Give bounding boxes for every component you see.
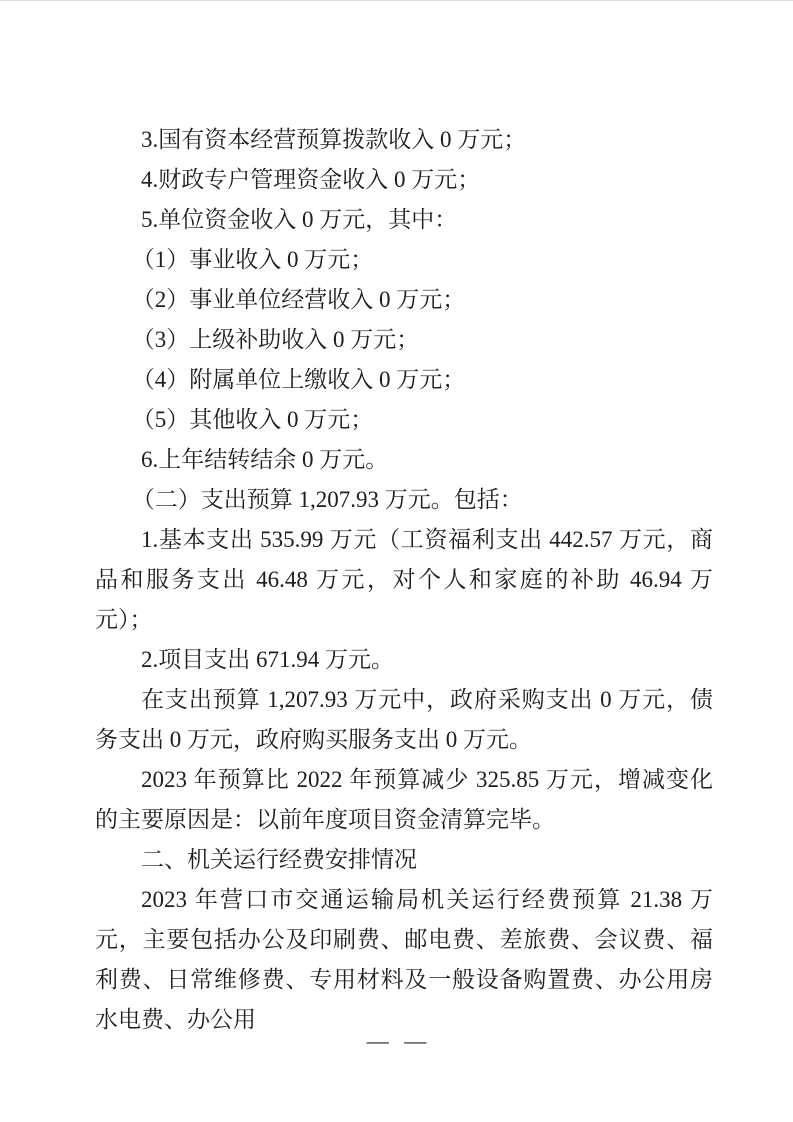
document-paragraph-body: 在支出预算 1,207.93 万元中，政府采购支出 0 万元，债务支出 0 万元… <box>95 680 713 760</box>
document-paragraph-numbered-item: 5.单位资金收入 0 万元，其中： <box>95 200 713 240</box>
document-paragraph-paren-item: （2）事业单位经营收入 0 万元； <box>95 280 713 320</box>
document-paragraph-numbered-item: 4.财政专户管理资金收入 0 万元； <box>95 160 713 200</box>
document-paragraph-body: 2023 年营口市交通运输局机关运行经费预算 21.38 万元，主要包括办公及印… <box>95 880 713 1040</box>
page-number-marker: — — <box>367 1028 427 1053</box>
page-top-edge-line <box>0 0 793 1</box>
document-paragraph-numbered-item: 1.基本支出 535.99 万元（工资福利支出 442.57 万元，商品和服务支… <box>95 520 713 640</box>
document-paragraph-paren-item: （4）附属单位上缴收入 0 万元； <box>95 360 713 400</box>
document-paragraph-sub-heading: 二、机关运行经费安排情况 <box>95 840 713 880</box>
document-page: 3.国有资本经营预算拨款收入 0 万元；4.财政专户管理资金收入 0 万元；5.… <box>0 0 793 1122</box>
document-paragraph-paren-item: （1）事业收入 0 万元； <box>95 240 713 280</box>
page-footer: — — <box>0 1026 793 1056</box>
document-paragraph-paren-item: （3）上级补助收入 0 万元； <box>95 320 713 360</box>
document-paragraph-body: 2023 年预算比 2022 年预算减少 325.85 万元，增减变化的主要原因… <box>95 760 713 840</box>
document-paragraph-numbered-item: 3.国有资本经营预算拨款收入 0 万元； <box>95 120 713 160</box>
document-paragraph-numbered-item: 6.上年结转结余 0 万元。 <box>95 440 713 480</box>
document-paragraph-numbered-item: 2.项目支出 671.94 万元。 <box>95 640 713 680</box>
document-body: 3.国有资本经营预算拨款收入 0 万元；4.财政专户管理资金收入 0 万元；5.… <box>95 120 713 1040</box>
document-paragraph-paren-item: （5）其他收入 0 万元； <box>95 400 713 440</box>
document-paragraph-paren-item: （二）支出预算 1,207.93 万元。包括： <box>95 480 713 520</box>
